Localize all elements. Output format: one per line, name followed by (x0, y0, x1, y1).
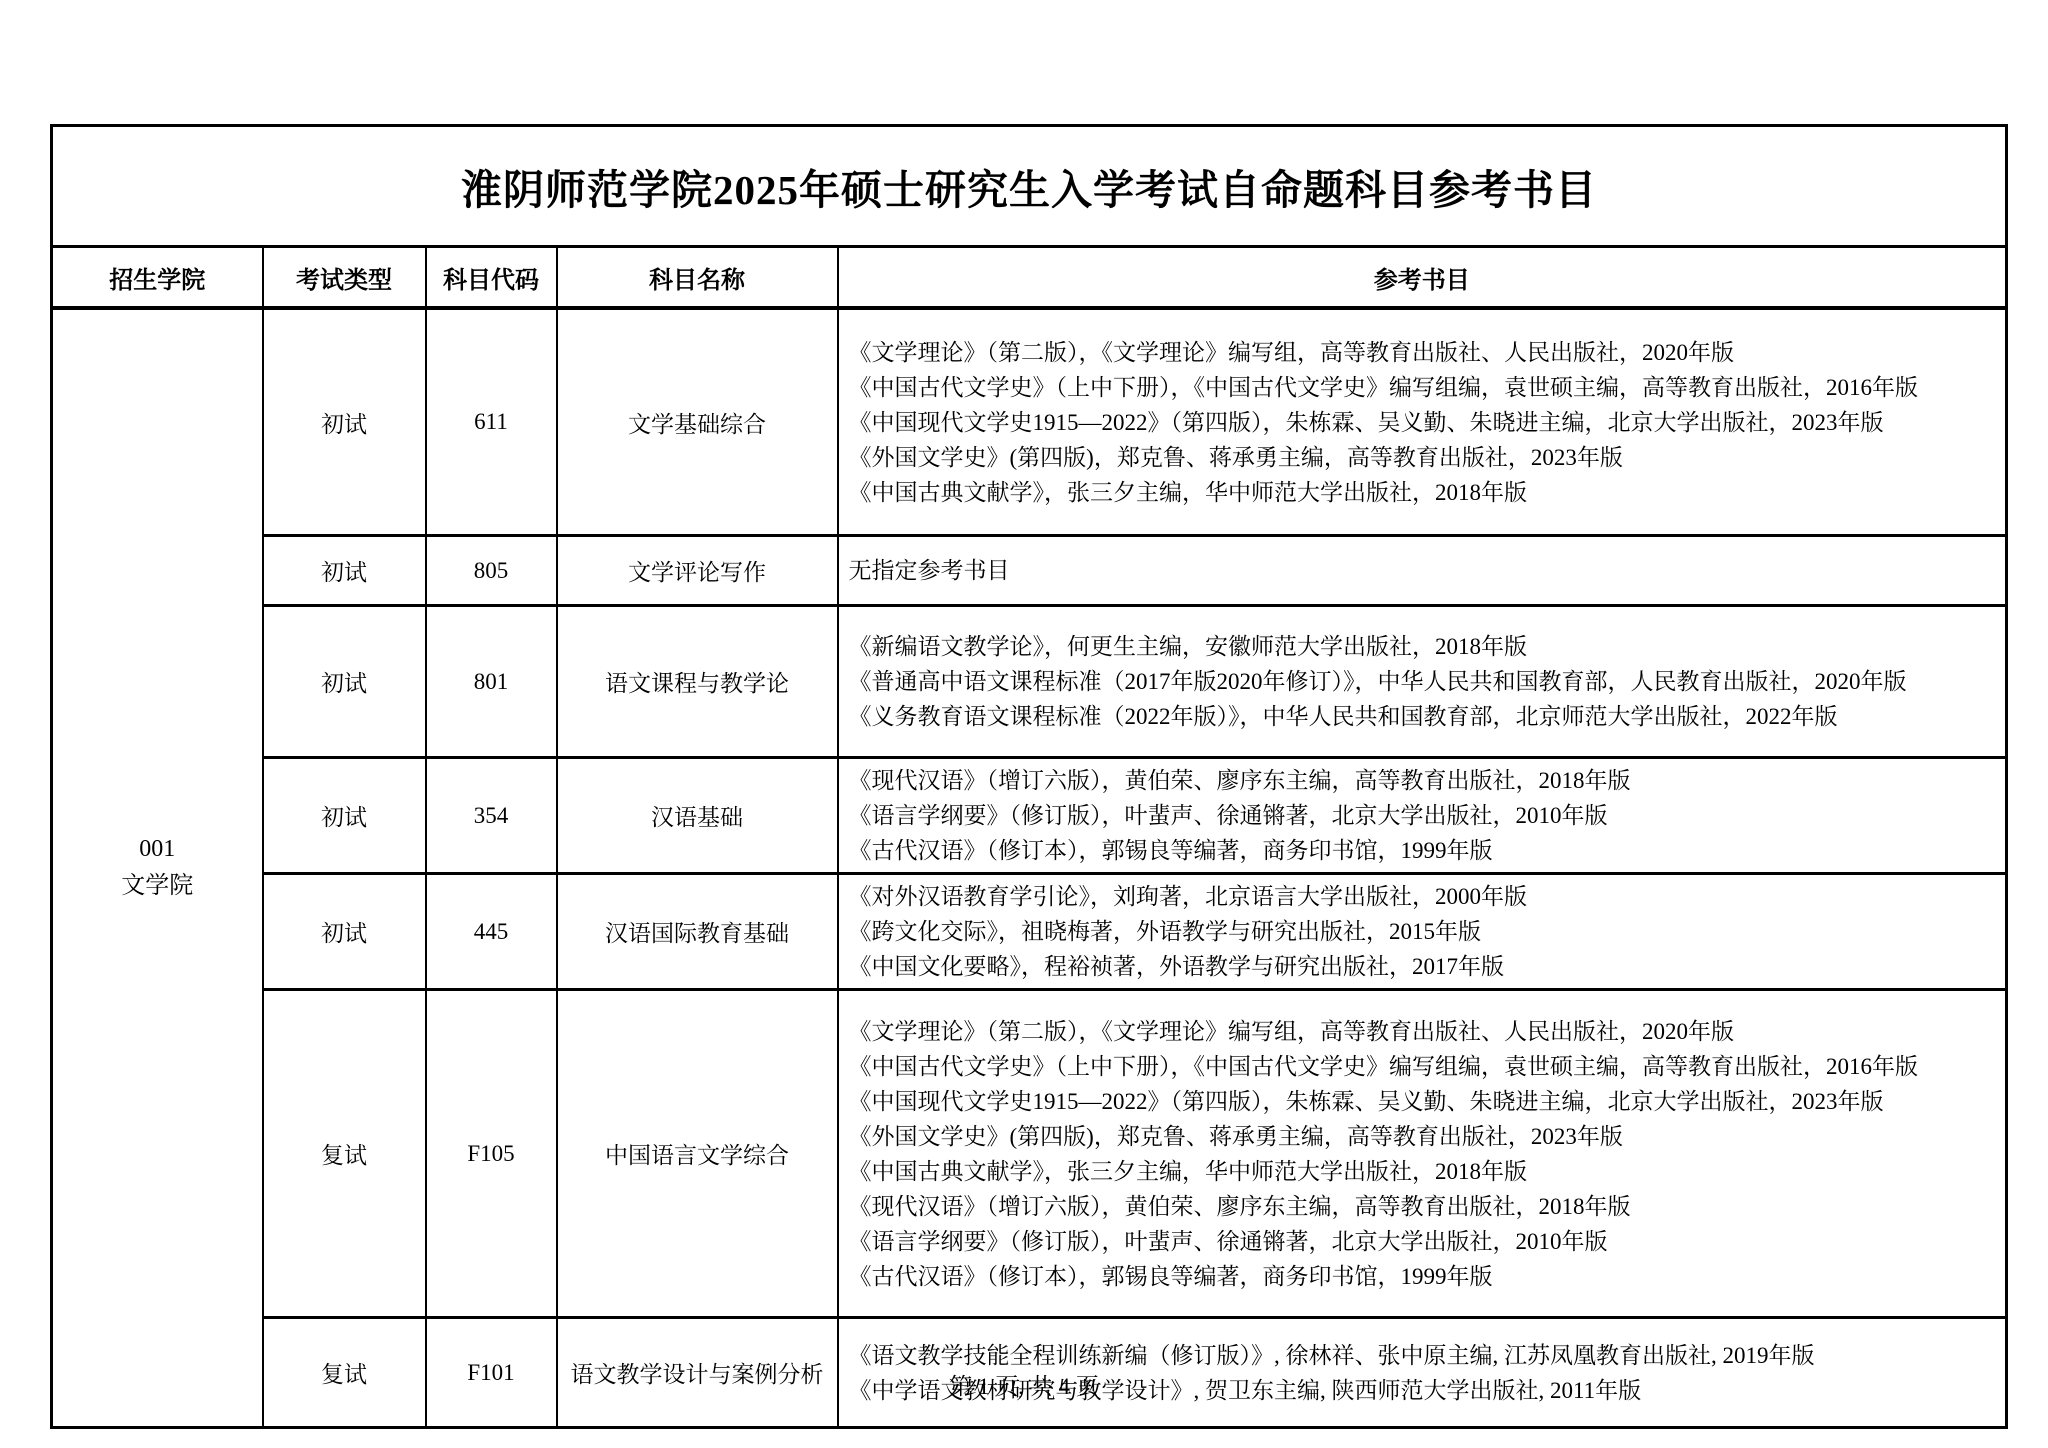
exam-type-cell: 初试 (263, 606, 426, 758)
reference-line: 《现代汉语》（增订六版），黄伯荣、廖序东主编，高等教育出版社，2018年版 (849, 763, 1950, 798)
exam-type-cell: 初试 (263, 536, 426, 606)
reference-line: 无指定参考书目 (849, 553, 1950, 588)
page-title: 淮阴师范学院2025年硕士研究生入学考试自命题科目参考书目 (52, 126, 2007, 247)
subject-code-cell: 445 (426, 874, 557, 990)
references-cell: 《文学理论》（第二版），《文学理论》编写组，高等教育出版社、人民出版社，2020… (838, 990, 2007, 1318)
college-code: 001 (53, 831, 262, 868)
reference-line: 《新编语文教学论》，何更生主编，安徽师范大学出版社，2018年版 (849, 629, 1950, 664)
reference-line: 《跨文化交际》，祖晓梅著，外语教学与研究出版社，2015年版 (849, 914, 1950, 949)
table-row: 初试 805 文学评论写作 无指定参考书目 (52, 536, 2007, 606)
reference-line: 《现代汉语》（增订六版），黄伯荣、廖序东主编，高等教育出版社，2018年版 (849, 1189, 1950, 1224)
exam-type-cell: 初试 (263, 874, 426, 990)
subject-code-cell: 801 (426, 606, 557, 758)
college-name: 文学院 (53, 868, 262, 905)
reference-line: 《文学理论》（第二版），《文学理论》编写组，高等教育出版社、人民出版社，2020… (849, 335, 1950, 370)
reference-line: 《外国文学史》(第四版)，郑克鲁、蒋承勇主编，高等教育出版社，2023年版 (849, 1119, 1950, 1154)
column-header-subject-code: 科目代码 (426, 247, 557, 309)
subject-code-cell: 354 (426, 758, 557, 874)
references-cell: 无指定参考书目 (838, 536, 2007, 606)
reference-line: 《义务教育语文课程标准（2022年版）》，中华人民共和国教育部，北京师范大学出版… (849, 699, 1950, 734)
column-header-subject-name: 科目名称 (557, 247, 838, 309)
document-page: 淮阴师范学院2025年硕士研究生入学考试自命题科目参考书目 招生学院 考试类型 … (0, 0, 2048, 1448)
references-cell: 《对外汉语教育学引论》，刘珣著，北京语言大学出版社，2000年版《跨文化交际》，… (838, 874, 2007, 990)
reference-line: 《中国文化要略》，程裕祯著，外语教学与研究出版社，2017年版 (849, 949, 1950, 984)
references-cell: 《文学理论》（第二版），《文学理论》编写组，高等教育出版社、人民出版社，2020… (838, 308, 2007, 536)
subject-name-cell: 汉语基础 (557, 758, 838, 874)
table-row: 初试 354 汉语基础 《现代汉语》（增订六版），黄伯荣、廖序东主编，高等教育出… (52, 758, 2007, 874)
reference-line: 《中国古代文学史》（上中下册），《中国古代文学史》编写组编，袁世硕主编，高等教育… (849, 370, 1950, 405)
subject-name-cell: 中国语言文学综合 (557, 990, 838, 1318)
subject-name-cell: 文学评论写作 (557, 536, 838, 606)
reference-line: 《对外汉语教育学引论》，刘珣著，北京语言大学出版社，2000年版 (849, 879, 1950, 914)
table-row: 初试 801 语文课程与教学论 《新编语文教学论》，何更生主编，安徽师范大学出版… (52, 606, 2007, 758)
reference-line: 《古代汉语》（修订本），郭锡良等编著，商务印书馆，1999年版 (849, 833, 1950, 868)
reference-line: 《文学理论》（第二版），《文学理论》编写组，高等教育出版社、人民出版社，2020… (849, 1014, 1950, 1049)
references-cell: 《新编语文教学论》，何更生主编，安徽师范大学出版社，2018年版《普通高中语文课… (838, 606, 2007, 758)
column-header-exam-type: 考试类型 (263, 247, 426, 309)
subject-name-cell: 汉语国际教育基础 (557, 874, 838, 990)
reference-line: 《古代汉语》（修订本），郭锡良等编著，商务印书馆，1999年版 (849, 1259, 1950, 1294)
header-row: 招生学院 考试类型 科目代码 科目名称 参考书目 (52, 247, 2007, 309)
reference-line: 《语言学纲要》（修订版），叶蜚声、徐通锵著，北京大学出版社，2010年版 (849, 1224, 1950, 1259)
reference-line: 《语言学纲要》（修订版），叶蜚声、徐通锵著，北京大学出版社，2010年版 (849, 798, 1950, 833)
references-cell: 《现代汉语》（增订六版），黄伯荣、廖序东主编，高等教育出版社，2018年版《语言… (838, 758, 2007, 874)
reference-book-table: 淮阴师范学院2025年硕士研究生入学考试自命题科目参考书目 招生学院 考试类型 … (50, 124, 2008, 1429)
reference-line: 《中国现代文学史1915—2022》（第四版），朱栋霖、吴义勤、朱晓进主编，北京… (849, 405, 1950, 440)
college-cell: 001 文学院 (52, 308, 263, 1428)
column-header-references: 参考书目 (838, 247, 2007, 309)
reference-table-sheet: 淮阴师范学院2025年硕士研究生入学考试自命题科目参考书目 招生学院 考试类型 … (50, 124, 2008, 1429)
page-number: 第 1 页, 共 4 页 (0, 1368, 2048, 1401)
subject-name-cell: 语文课程与教学论 (557, 606, 838, 758)
subject-code-cell: F105 (426, 990, 557, 1318)
reference-line: 《普通高中语文课程标准（2017年版2020年修订）》，中华人民共和国教育部，人… (849, 664, 1950, 699)
reference-line: 《中国古典文献学》，张三夕主编，华中师范大学出版社，2018年版 (849, 1154, 1950, 1189)
table-row: 初试 445 汉语国际教育基础 《对外汉语教育学引论》，刘珣著，北京语言大学出版… (52, 874, 2007, 990)
subject-code-cell: 611 (426, 308, 557, 536)
reference-line: 《中国现代文学史1915—2022》（第四版），朱栋霖、吴义勤、朱晓进主编，北京… (849, 1084, 1950, 1119)
column-header-college: 招生学院 (52, 247, 263, 309)
exam-type-cell: 初试 (263, 308, 426, 536)
exam-type-cell: 复试 (263, 990, 426, 1318)
subject-code-cell: 805 (426, 536, 557, 606)
reference-line: 《中国古典文献学》，张三夕主编，华中师范大学出版社，2018年版 (849, 475, 1950, 510)
table-row: 复试 F105 中国语言文学综合 《文学理论》（第二版），《文学理论》编写组，高… (52, 990, 2007, 1318)
title-row: 淮阴师范学院2025年硕士研究生入学考试自命题科目参考书目 (52, 126, 2007, 247)
reference-line: 《外国文学史》(第四版)，郑克鲁、蒋承勇主编，高等教育出版社，2023年版 (849, 440, 1950, 475)
subject-name-cell: 文学基础综合 (557, 308, 838, 536)
table-row: 001 文学院 初试 611 文学基础综合 《文学理论》（第二版），《文学理论》… (52, 308, 2007, 536)
exam-type-cell: 初试 (263, 758, 426, 874)
reference-line: 《中国古代文学史》（上中下册），《中国古代文学史》编写组编，袁世硕主编，高等教育… (849, 1049, 1950, 1084)
